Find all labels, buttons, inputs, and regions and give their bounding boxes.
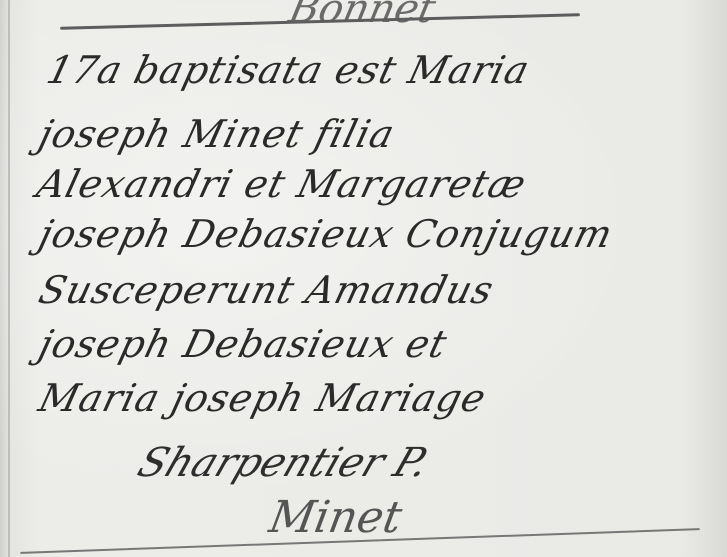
signature-minet: Minet <box>266 492 406 543</box>
entry-line-2: joseph Minet filia <box>35 112 400 156</box>
entry-line-6: joseph Debasieux et <box>35 322 452 366</box>
struck-heading: Bonnet <box>285 0 440 32</box>
entry-line-4: joseph Debasieux Conjugum <box>35 212 618 256</box>
signature-priest: Sharpentier P. <box>132 440 436 486</box>
entry-line-7: Maria joseph Mariage <box>35 376 491 420</box>
page-edge <box>8 0 10 557</box>
entry-line-3: Alexandri et Margaretæ <box>33 162 532 206</box>
entry-line-1: 17a baptisata est Maria <box>43 48 535 92</box>
document-page: Bonnet 17a baptisata est Maria joseph Mi… <box>0 0 727 557</box>
entry-line-5: Susceperunt Amandus <box>35 268 499 312</box>
